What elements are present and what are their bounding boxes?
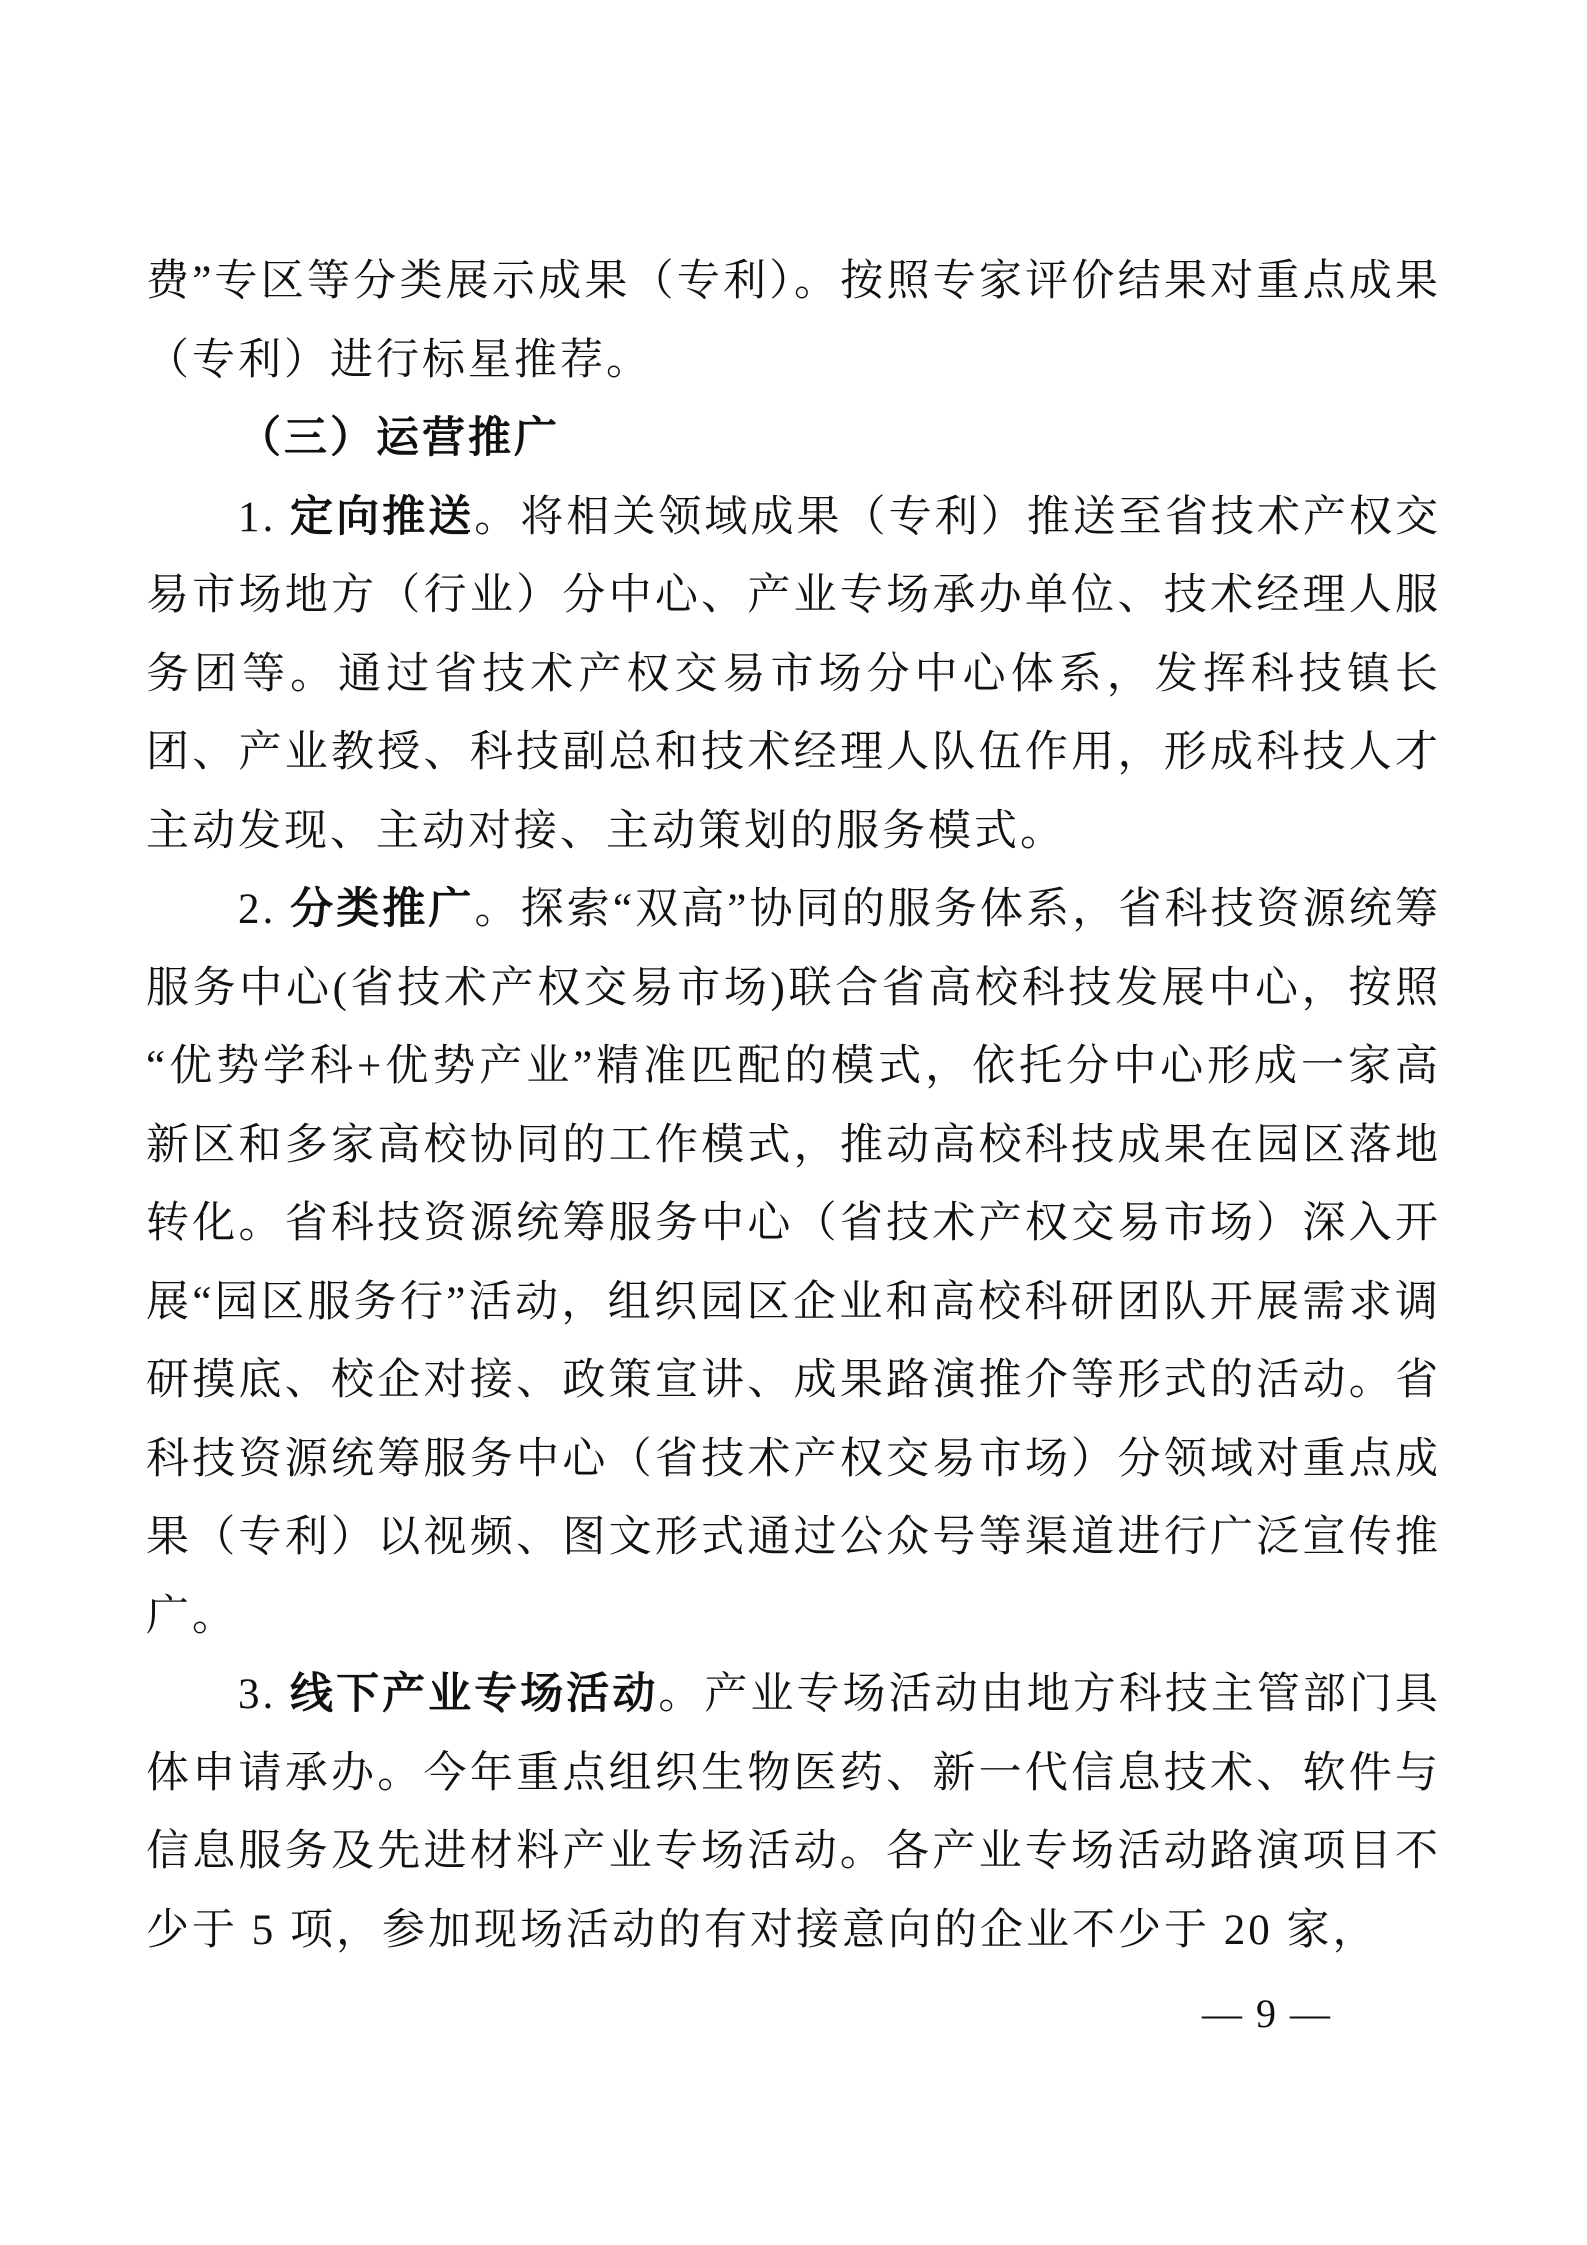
document-body: 费”专区等分类展示成果（专利）。按照专家评价结果对重点成果（专利）进行标星推荐。… <box>146 243 1441 1970</box>
item-number: 1. <box>238 494 290 541</box>
item-lead-bold: 分类推广 <box>290 886 474 933</box>
paragraph-continuation: 费”专区等分类展示成果（专利）。按照专家评价结果对重点成果（专利）进行标星推荐。 <box>146 243 1441 400</box>
section-heading: （三）运营推广 <box>146 400 1441 479</box>
section-heading-text: （三）运营推广 <box>238 415 560 462</box>
paragraph-item-3: 3. 线下产业专场活动。产业专场活动由地方科技主管部门具体申请承办。今年重点组织… <box>146 1656 1441 1970</box>
paragraph-item-2: 2. 分类推广。探索“双高”协同的服务体系，省科技资源统筹服务中心(省技术产权交… <box>146 871 1441 1656</box>
page-number: — 9 — <box>1202 1990 1332 2038</box>
item-number: 2. <box>238 886 290 933</box>
item-lead-bold: 定向推送 <box>290 494 474 541</box>
item-lead-bold: 线下产业专场活动 <box>290 1671 658 1718</box>
paragraph-item-1: 1. 定向推送。将相关领域成果（专利）推送至省技术产权交易市场地方（行业）分中心… <box>146 479 1441 872</box>
item-body-text: 。将相关领域成果（专利）推送至省技术产权交易市场地方（行业）分中心、产业专场承办… <box>146 494 1441 855</box>
item-body-text: 。探索“双高”协同的服务体系，省科技资源统筹服务中心(省技术产权交易市场)联合省… <box>146 886 1441 1640</box>
paragraph-text: 费”专区等分类展示成果（专利）。按照专家评价结果对重点成果（专利）进行标星推荐。 <box>146 258 1441 384</box>
document-page: 费”专区等分类展示成果（专利）。按照专家评价结果对重点成果（专利）进行标星推荐。… <box>0 0 1587 2245</box>
item-number: 3. <box>238 1671 290 1718</box>
